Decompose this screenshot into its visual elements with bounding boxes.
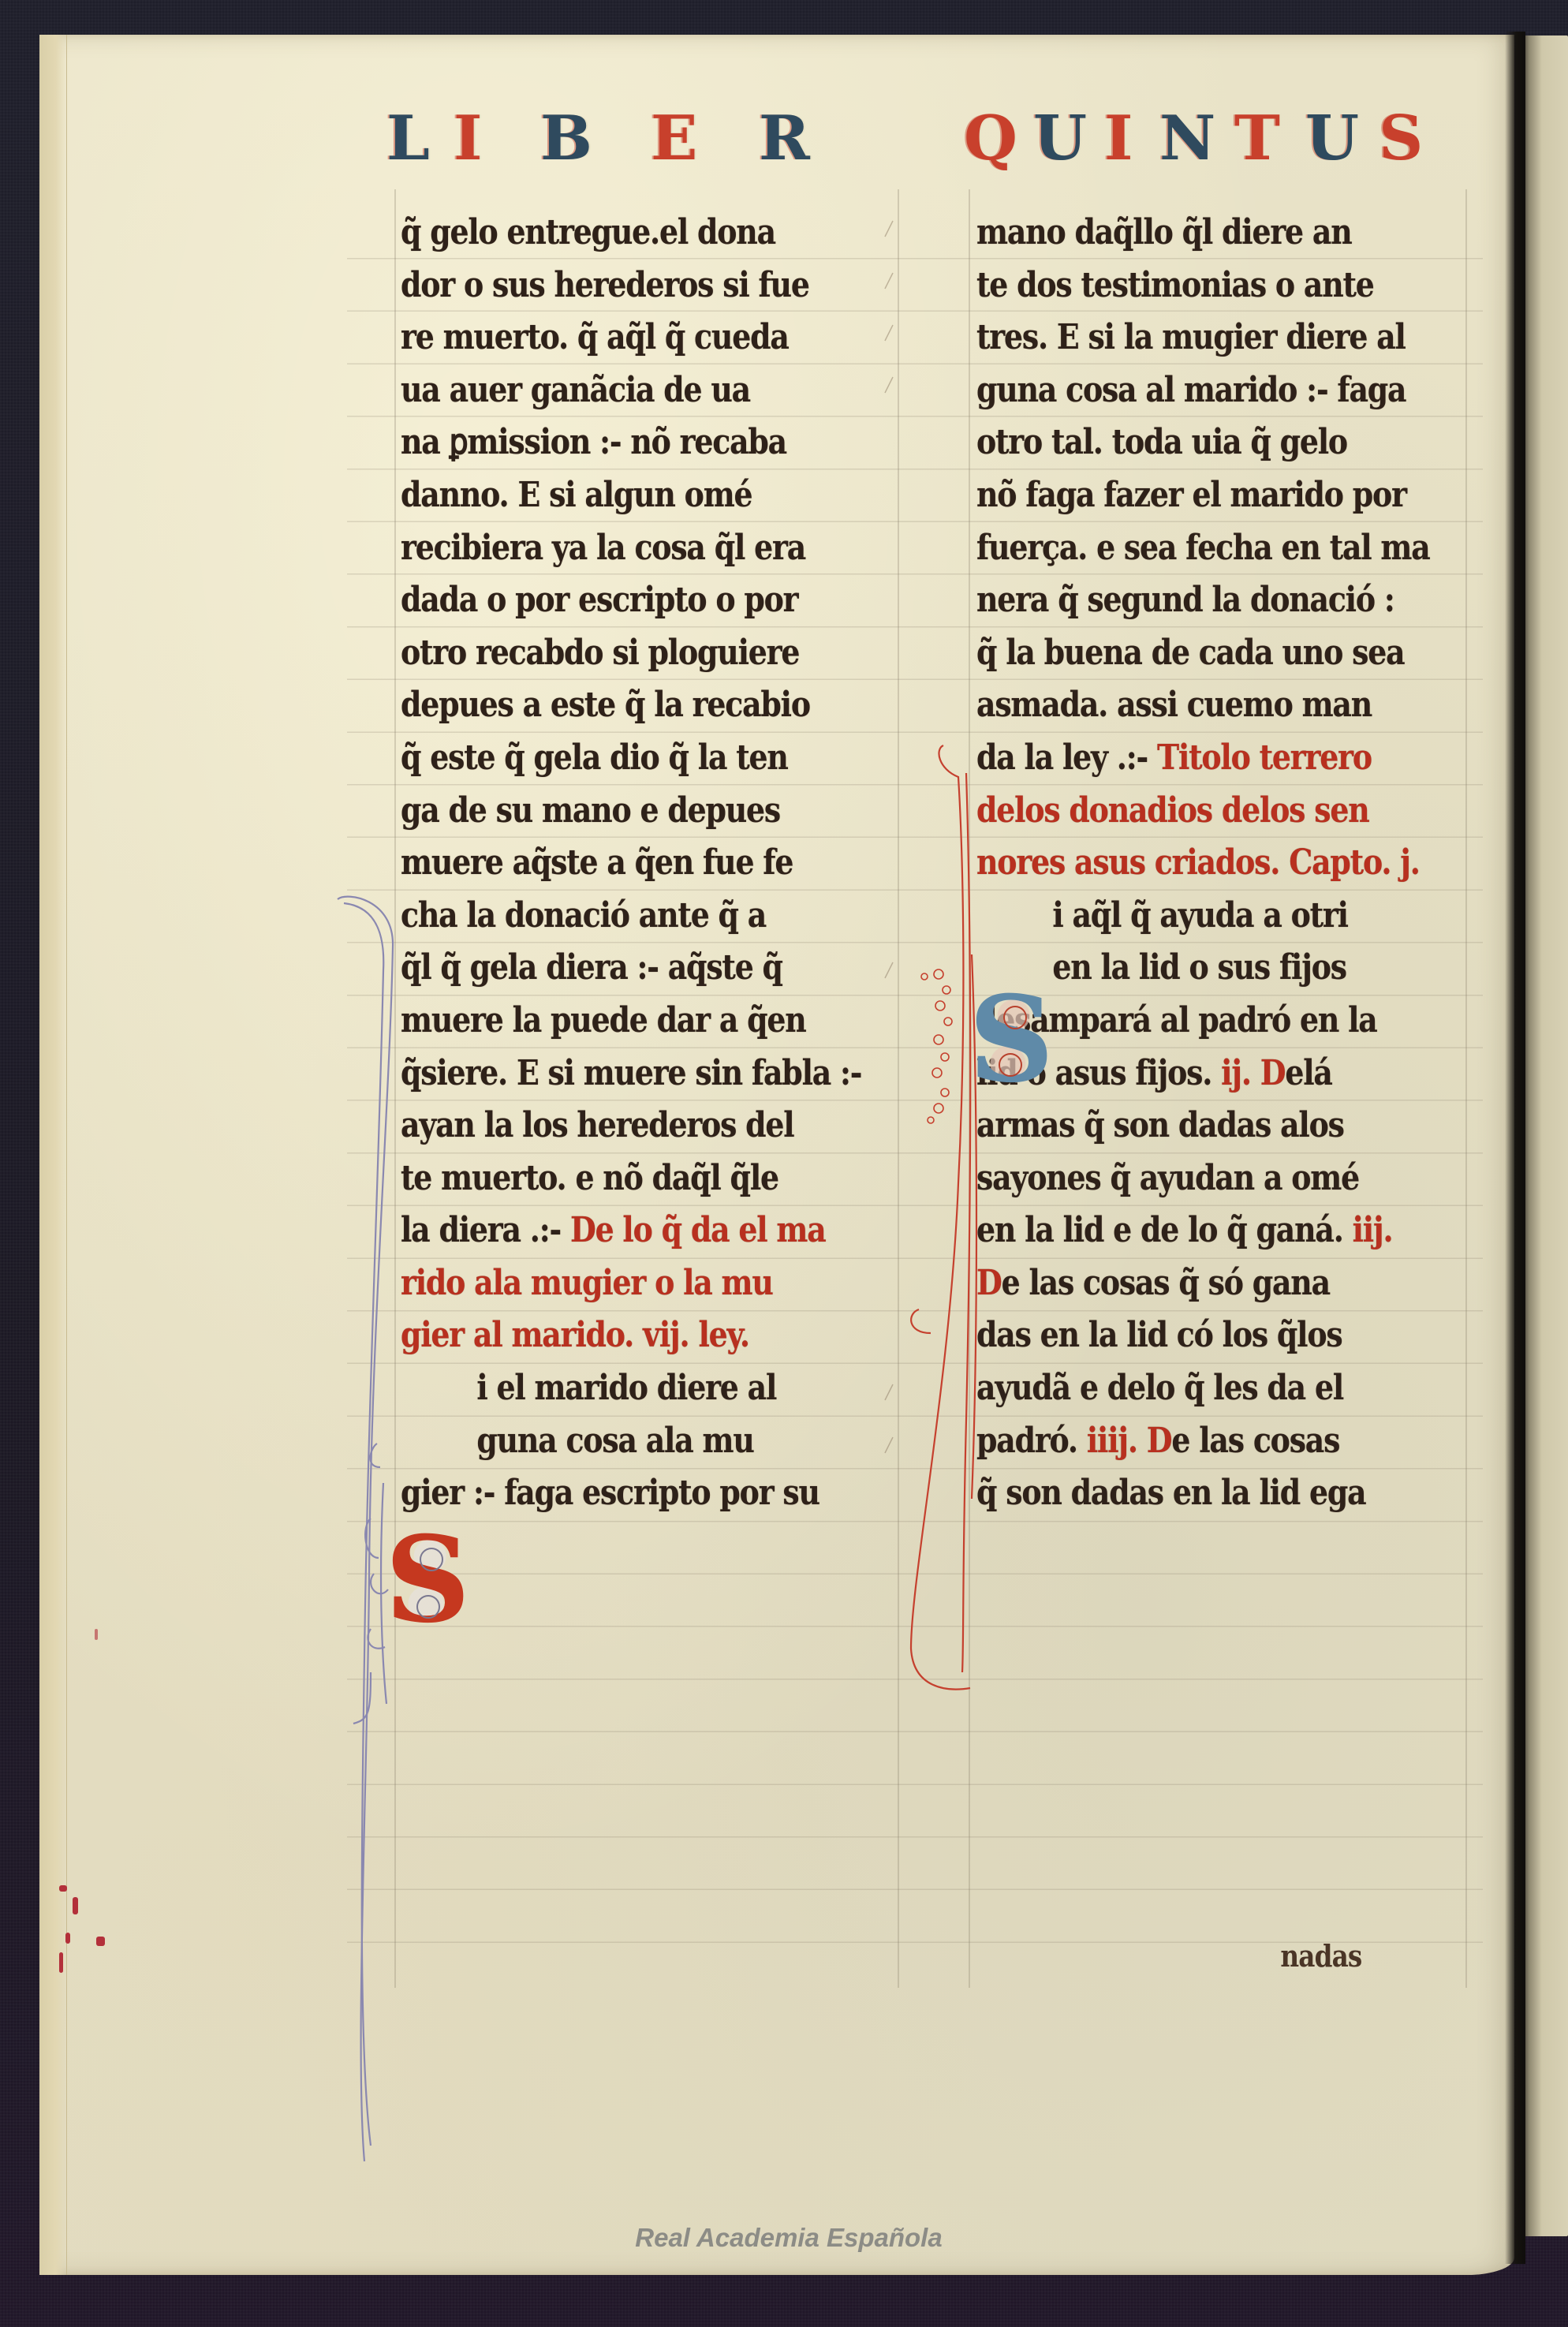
watermark-real-academia-espanola: Real Academia Española [584, 2223, 994, 2253]
red-marginal-flourish [911, 745, 976, 1690]
red-filigree-beads [921, 969, 952, 1123]
violet-marginal-flourish [338, 897, 393, 2161]
catchword: nadas [1280, 1938, 1361, 1974]
line-end-ticks [885, 221, 893, 1453]
pen-flourishes [0, 0, 1568, 2327]
